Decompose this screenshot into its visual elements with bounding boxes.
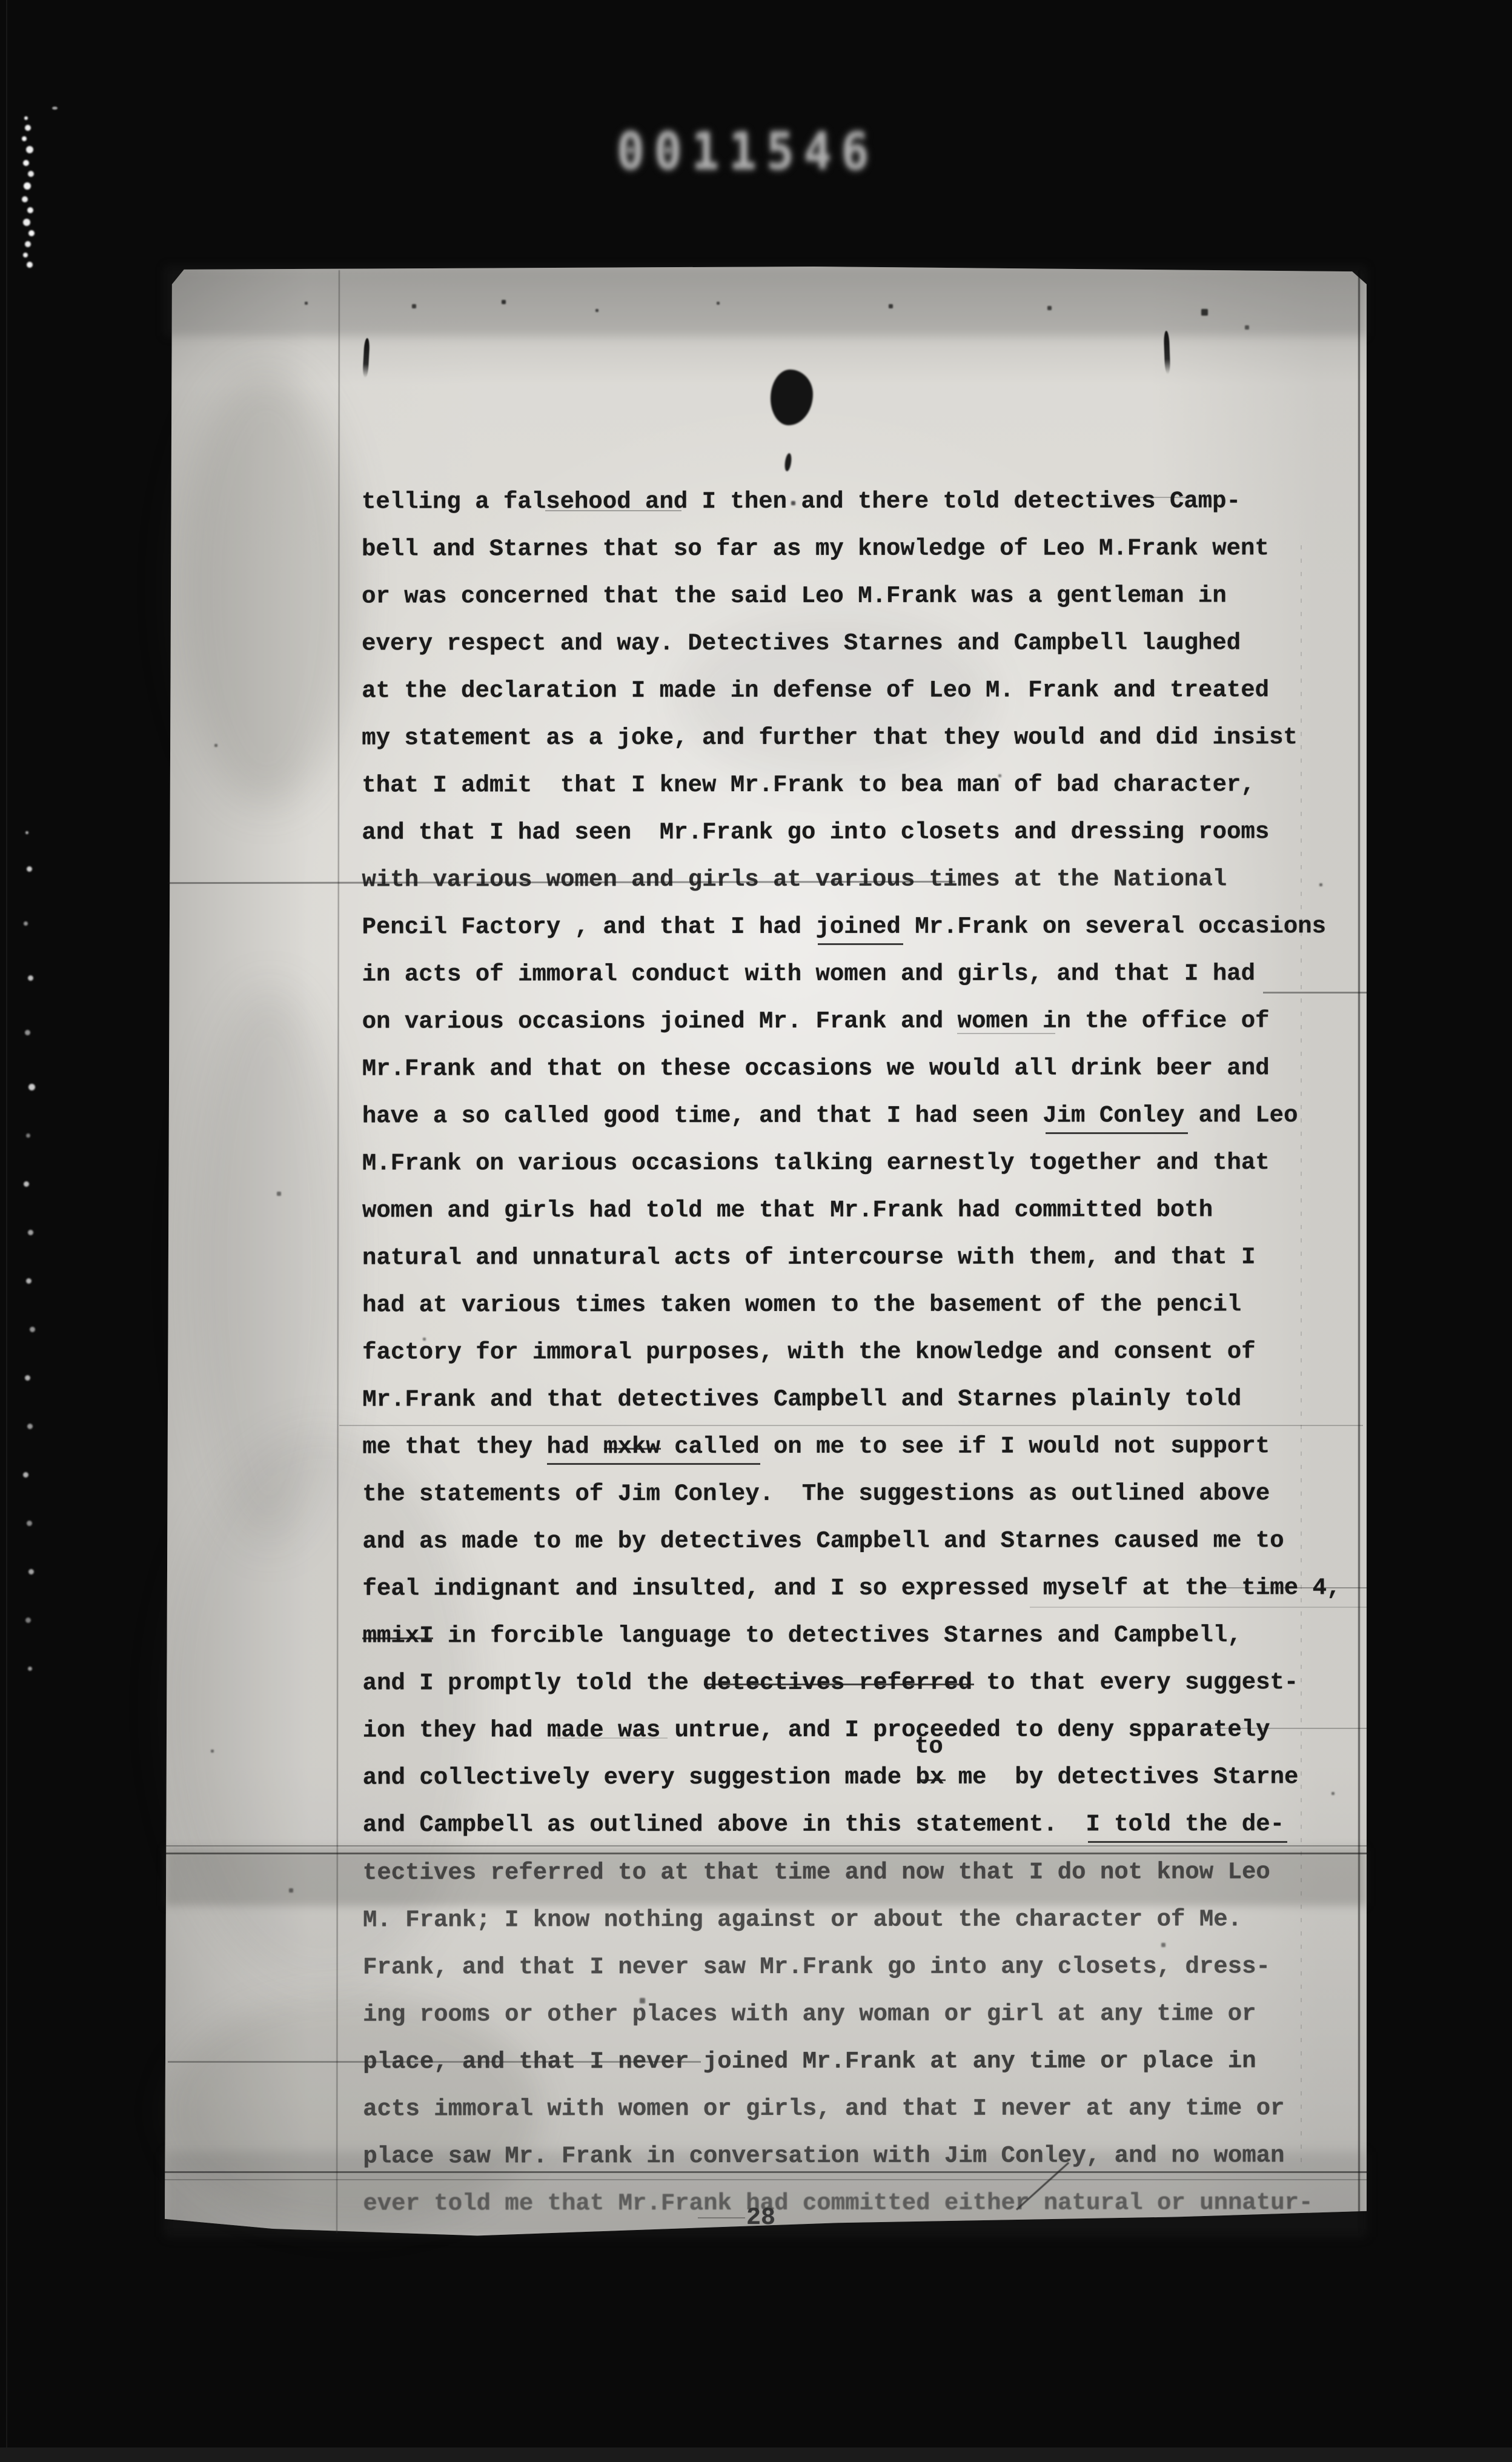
typed-line: that I admit that I knew Mr.Frank to bea… [362,771,1255,799]
typed-line: Pencil Factory , and that I had joined M… [362,912,1327,941]
typed-line: and collectively every suggestion made b… [363,1763,1299,1791]
typed-line: Mr.Frank and that on these occasions we … [362,1054,1270,1083]
typed-line: ion they had made was untrue, and I proc… [363,1716,1270,1744]
typed-line: factory for immoral purposes, with the k… [362,1338,1255,1366]
typed-line: my statement as a joke, and further that… [362,723,1298,752]
typed-line: natural and unnatural acts of intercours… [362,1243,1255,1272]
typed-line: place, and that I never joined Mr.Frank … [363,2047,1256,2075]
typed-line: or was concerned that the said Leo M.Fra… [362,582,1227,610]
typed-line: ever told me that Mr.Frank had committed… [363,2189,1313,2217]
typed-line: on various occasions joined Mr. Frank an… [362,1007,1270,1035]
typed-line: women and girls had told me that Mr.Fran… [362,1196,1213,1224]
typed-line: telling a falsehood and I then and there… [362,487,1241,516]
typed-line: and that I had seen Mr.Frank go into clo… [362,818,1269,846]
typed-text-block: telling a falsehood and I then and there… [0,0,1512,2462]
typed-line: bell and Starnes that so far as my knowl… [362,534,1269,563]
page-number: 28 [746,2206,775,2231]
inserted-word: to [915,1735,943,1759]
typed-line: acts immoral with women or girls, and th… [363,2094,1284,2123]
typed-line: at the declaration I made in defense of … [362,676,1269,705]
typed-line: every respect and way. Detectives Starne… [362,629,1241,657]
typed-line: M. Frank; I know nothing against or abou… [363,1905,1242,1934]
typed-line: tectives referred to at that time and no… [363,1858,1270,1886]
typed-line: Mr.Frank and that detectives Campbell an… [362,1385,1241,1413]
typed-line: feal indignant and insulted, and I so ex… [362,1574,1341,1602]
typed-line: me that they had mxkw called on me to se… [362,1432,1270,1461]
typed-line: with various women and girls at various … [362,865,1227,894]
typed-line: and Campbell as outlined above in this s… [363,1810,1284,1839]
typed-line: had at various times taken women to the … [362,1290,1241,1319]
typed-line: have a so called good time, and that I h… [362,1101,1298,1130]
typed-line: the statements of Jim Conley. The sugges… [362,1479,1270,1508]
typed-line: Frank, and that I never saw Mr.Frank go … [363,1953,1270,1981]
typed-line: and as made to me by detectives Campbell… [362,1527,1284,1555]
typed-line: ing rooms or other places with any woman… [363,2000,1256,2028]
typed-line: M.Frank on various occasions talking ear… [362,1149,1270,1177]
typed-line: in acts of immoral conduct with women an… [362,960,1255,988]
typed-line: mmixI in forcible language to detectives… [363,1621,1242,1650]
typed-line: and I promptly told the detectives refer… [363,1668,1299,1697]
typed-line: place saw Mr. Frank in conversation with… [363,2142,1284,2170]
